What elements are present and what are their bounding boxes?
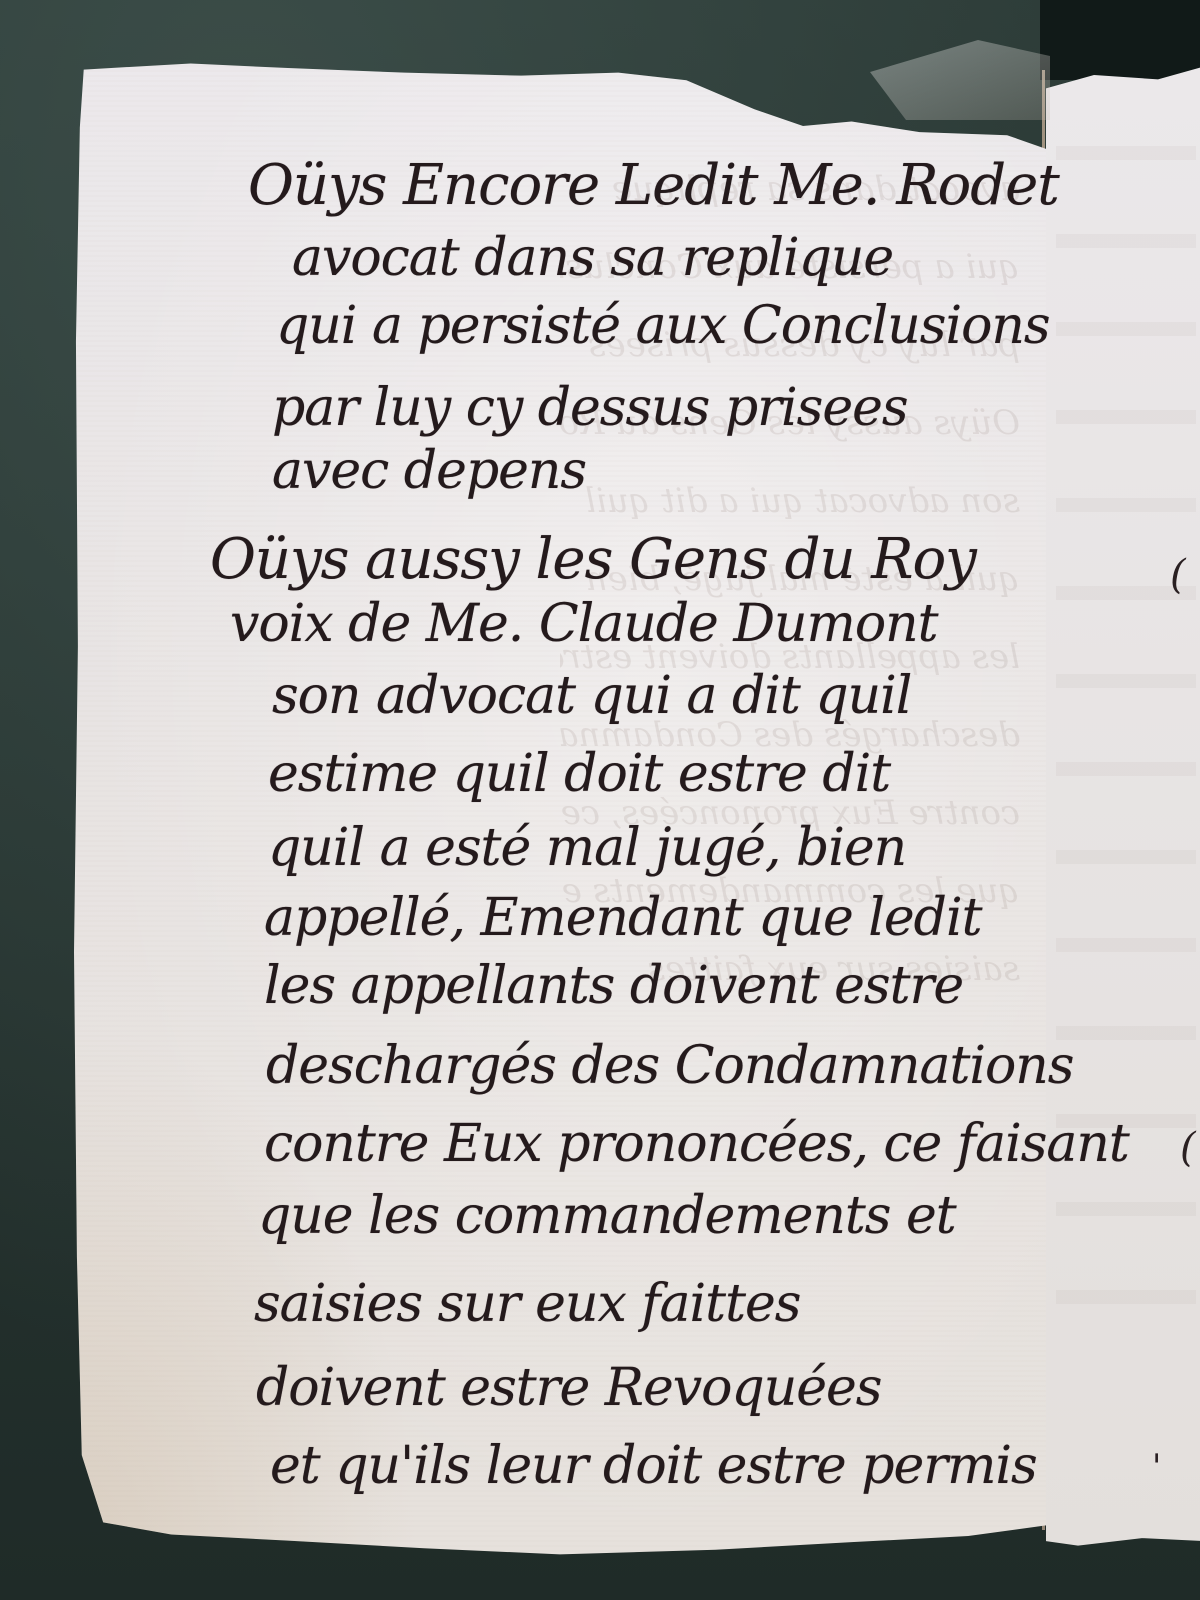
manuscript-line: saisies sur eux faittes (254, 1278, 800, 1330)
manuscript-line: Oüys Encore Ledit Me. Rodet (248, 158, 1059, 214)
manuscript-line: estime quil doit estre dit (268, 748, 890, 800)
manuscript-line: doivent estre Revoquées (256, 1362, 881, 1414)
manuscript-line: son advocat qui a dit quil (272, 670, 911, 722)
manuscript-line: avec depens (272, 445, 586, 497)
manuscript-line: Oüys aussy les Gens du Roy (210, 532, 976, 588)
manuscript-line: appellé, Emendant que ledit (264, 892, 981, 944)
manuscript-line: voix de Me. Claude Dumont (230, 598, 938, 650)
manuscript-line: par luy cy dessus prisees (272, 382, 908, 434)
manuscript-line: que les commandements et (258, 1190, 956, 1242)
manuscript-line: contre Eux prononcées, ce faisant (264, 1118, 1129, 1170)
manuscript-line: quil a esté mal jugé, bien (268, 822, 906, 874)
handwritten-text-block: Oüys Encore Ledit Me. Rodet avocat dans … (0, 0, 1200, 1600)
manuscript-line: deschargés des Condamnations (266, 1040, 1073, 1092)
manuscript-line: qui a persisté aux Conclusions (276, 300, 1050, 352)
manuscript-line: avocat dans sa replique (292, 232, 893, 284)
manuscript-line: et qu'ils leur doit estre permis (270, 1440, 1037, 1492)
manuscript-line: les appellants doivent estre (264, 960, 963, 1012)
